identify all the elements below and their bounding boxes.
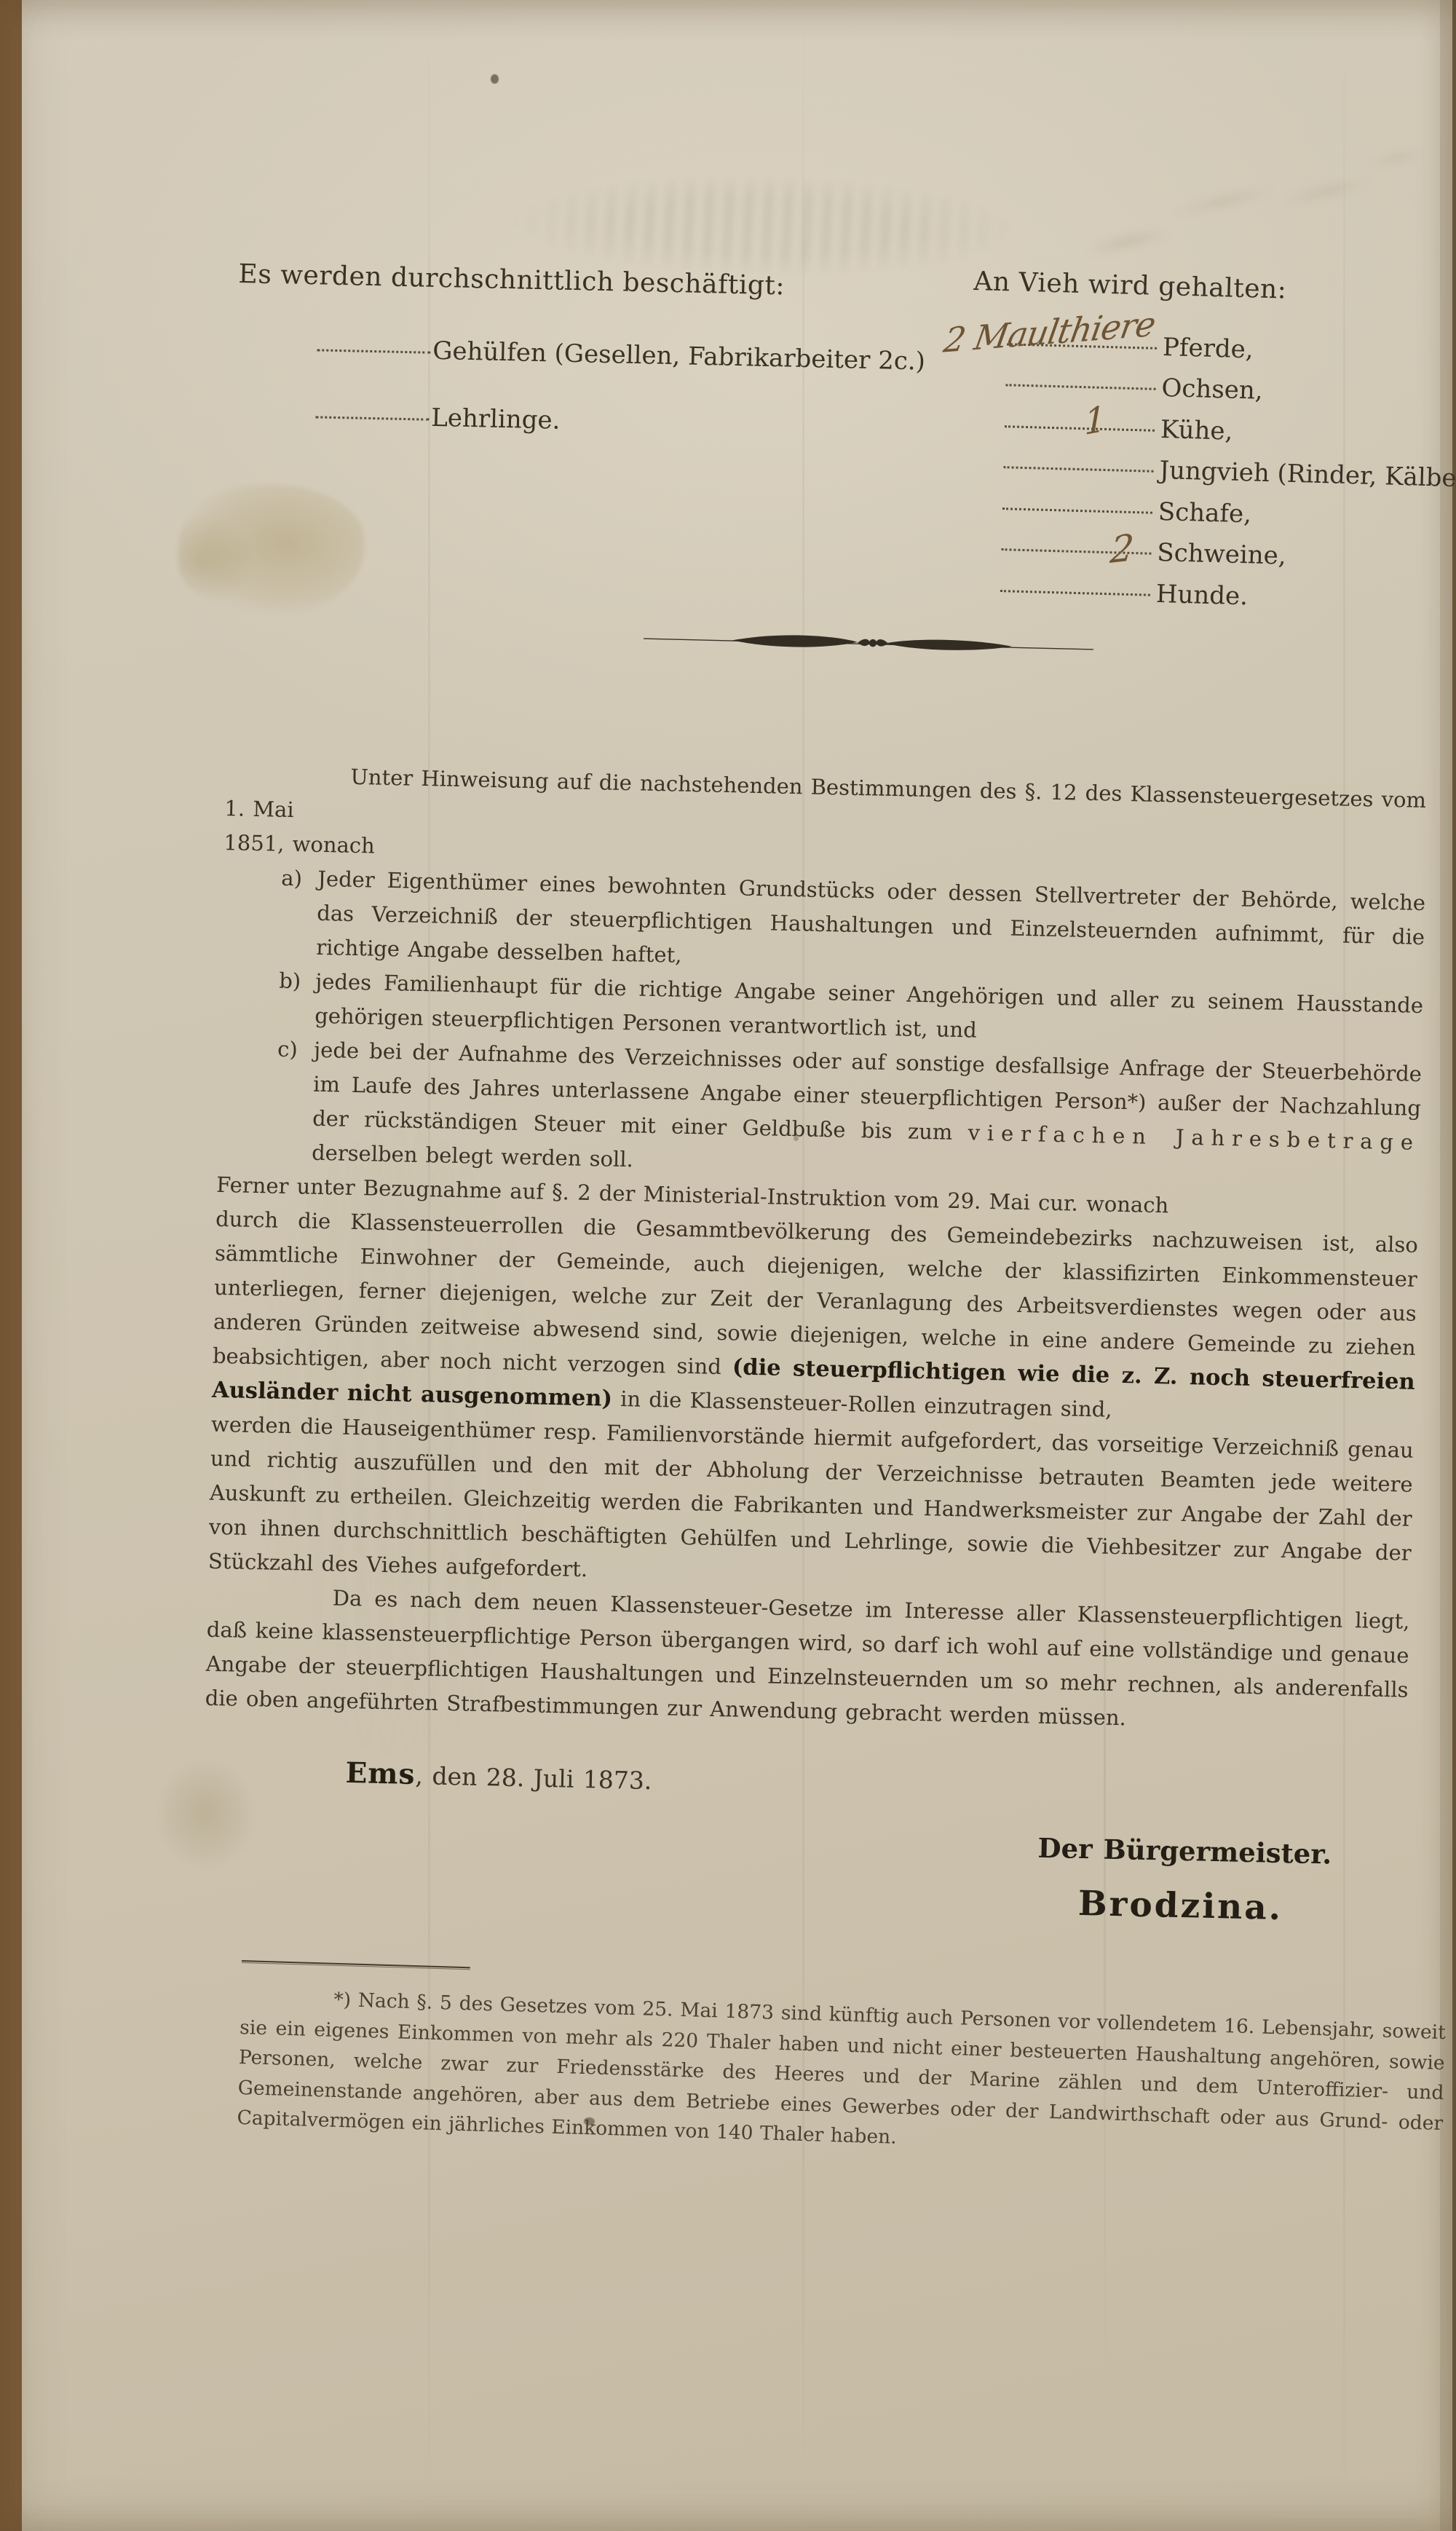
livestock-label: Kühe, [1160, 415, 1233, 446]
dateline: Ems, den 28. Juli 1873. [345, 1756, 1406, 1815]
livestock-label: Hunde. [1155, 579, 1248, 610]
fill-in-line [1002, 508, 1152, 514]
handwritten-count: 1 [1084, 398, 1106, 443]
footnote-rule [242, 1960, 470, 1970]
footnote-text: *) Nach §. 5 des Gesetzes vom 25. Mai 18… [237, 1982, 1446, 2169]
paper-stain [178, 484, 364, 615]
item-text-c-end: derselben belegt werden soll. [312, 1140, 633, 1172]
employment-row-label: Lehrlinge. [431, 403, 561, 435]
signature-name: Brodzina. [1077, 1887, 1404, 1928]
livestock-label: Pferde, [1163, 333, 1254, 364]
body-text: Unter Hinweisung auf die nachstehenden B… [201, 757, 1428, 1928]
ink-speck [491, 74, 499, 84]
livestock-label: Schafe, [1158, 497, 1251, 528]
livestock-label: Schweine, [1157, 538, 1286, 571]
livestock-label: Ochsen, [1161, 374, 1263, 406]
place-name: Ems [345, 1756, 416, 1791]
fill-in-line [1005, 425, 1155, 432]
item-text-c-emphasized: vierfachen Jahresbetrage [968, 1120, 1420, 1155]
date-text: , den 28. Juli 1873. [415, 1761, 652, 1795]
fill-in-line [317, 349, 430, 353]
clause-text-end: in die Klassensteuer-Rollen einzutragen … [612, 1386, 1112, 1422]
item-marker-a: a) [281, 861, 318, 896]
paragraph-appeal: werden die Hauseigenthümer resp. Familie… [207, 1407, 1414, 1605]
handwritten-count: 2 [1109, 526, 1136, 572]
livestock-rows: 2 Maulthiere Pferde, Ochsen, 1 Kühe, Jun… [965, 317, 1452, 617]
employment-section: Es werden durchschnittlich beschäftigt: … [238, 259, 909, 304]
employment-row: Lehrlinge. [315, 400, 561, 435]
signature-title: Der Bürgermeister. [1037, 1831, 1405, 1873]
book-binding-edge [0, 0, 22, 2531]
fill-in-line [1000, 590, 1150, 596]
livestock-heading: An Vieh wird gehalten: [973, 266, 1455, 309]
divider-ornament [639, 623, 1099, 664]
livestock-section: An Vieh wird gehalten: 2 Maulthiere Pfer… [965, 266, 1454, 617]
handwritten-count: 2 Maulthiere [941, 304, 1158, 360]
footnote-section: *) Nach §. 5 des Gesetzes vom 25. Mai 18… [237, 1960, 1447, 2169]
employment-row: Gehülfen (Gesellen, Fabrikarbeiter 2c.) [317, 333, 925, 376]
employment-heading: Es werden durchschnittlich beschäftigt: [238, 259, 909, 304]
ink-bleedthrough-ghost [509, 170, 1020, 281]
item-marker-c: c) [277, 1032, 314, 1067]
paragraph-warning: Da es nach dem neuen Klassensteuer-Geset… [205, 1579, 1410, 1742]
list-item-c: c)jede bei der Aufnahme des Verzeichniss… [217, 1031, 1423, 1194]
fill-in-line [1004, 466, 1154, 473]
fill-in-line [1006, 384, 1156, 390]
item-marker-b: b) [279, 964, 316, 999]
indented-clause: durch die Klassensteuerrollen die Gesamm… [212, 1202, 1419, 1434]
scanned-document-page: Es werden durchschnittlich beschäftigt: … [0, 0, 1456, 2531]
clause-text: durch die Klassensteuerrollen die Gesamm… [213, 1207, 1418, 1380]
fill-in-line [315, 416, 429, 420]
employment-row-label: Gehülfen (Gesellen, Fabrikarbeiter 2c.) [432, 336, 925, 376]
